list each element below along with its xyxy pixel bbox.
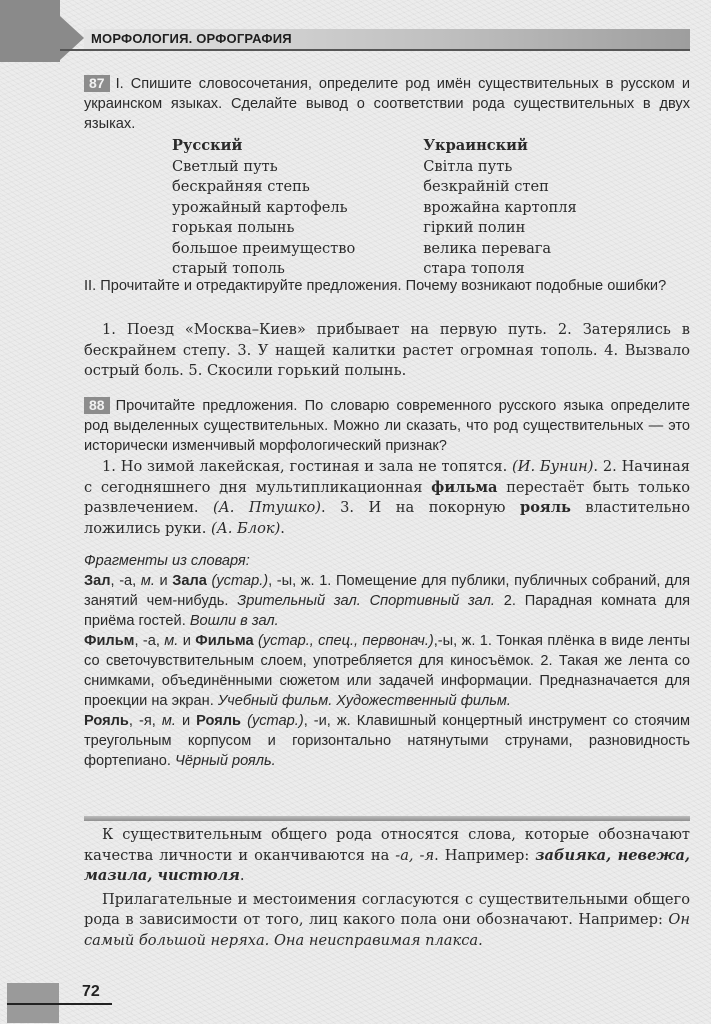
entry-text: и (178, 633, 195, 649)
sentence-text: не топятся. (413, 458, 512, 475)
table-row: Светлый путь Світла путь (172, 157, 592, 178)
column-header-russian: Русский (172, 136, 423, 157)
sentence-end: . (321, 499, 326, 516)
sentence-end: . (593, 458, 598, 475)
exercise-87-part2-block: II. Прочитайте и отредактируйте предложе… (84, 276, 690, 296)
russian-phrase: горькая полынь (172, 218, 423, 239)
usage-example: Зрительный зал. Спортивный зал. (237, 593, 495, 609)
headword: Рояль (196, 713, 241, 729)
exercise-88-instruction: Прочитайте предложения. По словарю совре… (84, 398, 690, 454)
usage-note: (устар.) (212, 573, 269, 589)
gender-mark: м. (164, 633, 178, 649)
sentence-number: 3. (340, 499, 354, 516)
dictionary-entry-royal: Рояль, -я, м. и Рояль (устар.), -и, ж. К… (84, 711, 690, 771)
table-row: урожайный картофель врожайна картопля (172, 198, 592, 219)
russian-phrase: Светлый путь (172, 157, 423, 178)
gender-mark: м. (141, 573, 155, 589)
sentence-number: 2. (603, 458, 617, 475)
entry-text: , -я, (129, 713, 162, 729)
usage-example: Чёрный рояль. (175, 753, 276, 769)
rule-text: Прилагательные и местоимения согласуются… (84, 891, 690, 929)
gender-mark: м. (162, 713, 176, 729)
ukrainian-phrase: безкрайній степ (423, 177, 592, 198)
usage-example: Учебный фильм. Художественный фильм. (218, 693, 511, 709)
exercise-88-instruction-block: 88Прочитайте предложения. По словарю сов… (84, 396, 690, 456)
russian-phrase: большое преимущество (172, 239, 423, 260)
dictionary-heading: Фрагменты из словаря: (84, 551, 690, 571)
table-row: большое преимущество велика перевага (172, 239, 592, 260)
sentence-text: И на покорную (369, 499, 520, 516)
ukrainian-phrase: врожайна картопля (423, 198, 592, 219)
rule-paragraph-2: Прилагательные и местоимения согласуются… (84, 890, 690, 952)
rule-divider (84, 816, 690, 821)
entry-text: и (176, 713, 196, 729)
rule-block: К существительным общего рода относятся … (84, 825, 690, 951)
russian-phrase: урожайный картофель (172, 198, 423, 219)
ukrainian-phrase: Світла путь (423, 157, 592, 178)
table-header-row: Русский Украинский (172, 136, 592, 157)
headword: Зал (84, 573, 111, 589)
sentence-author: (А. Птушко) (213, 499, 321, 516)
exercise-88-sentences: 1. Но зимой лакейская, гостиная и зала н… (84, 457, 690, 539)
exercise-87-instruction-block: 87I. Спишите словосочетания, определите … (84, 74, 690, 134)
sentence-number: 1. (102, 458, 116, 475)
entry-text: , -а, (111, 573, 141, 589)
exercise-87-part2-instruction: II. Прочитайте и отредактируйте предложе… (84, 276, 690, 296)
section-title: МОРФОЛОГИЯ. ОРФОГРАФИЯ (91, 31, 292, 46)
highlighted-noun: зала (379, 458, 414, 475)
rule-endings: -а, -я (395, 847, 434, 864)
usage-example: Вошли в зал. (190, 613, 279, 629)
rule-paragraph-1: К существительным общего рода относятся … (84, 825, 690, 887)
header-rule (60, 49, 690, 51)
dictionary-entry-zal: Зал, -а, м. и Зала (устар.), -ы, ж. 1. П… (84, 571, 690, 631)
headword: Зала (172, 573, 207, 589)
rule-text: . (240, 867, 245, 884)
header-tab (0, 0, 60, 62)
table-row: горькая полынь гіркий полин (172, 218, 592, 239)
dictionary-entry-film: Фильм, -а, м. и Фильма (устар., спец., п… (84, 631, 690, 711)
rule-text: . Например: (434, 847, 535, 864)
ukrainian-phrase: гіркий полин (423, 218, 592, 239)
highlighted-noun: рояль (520, 499, 571, 516)
exercise-number-badge: 87 (84, 75, 110, 92)
headword: Фильм (84, 633, 134, 649)
entry-text: , -а, (134, 633, 164, 649)
sentence-author: (А. Блок) (211, 520, 280, 537)
dictionary-block: Фрагменты из словаря: Зал, -а, м. и Зала… (84, 551, 690, 771)
exercise-number-badge: 88 (84, 397, 110, 414)
headword: Рояль (84, 713, 129, 729)
exercise-88-sentences-block: 1. Но зимой лакейская, гостиная и зала н… (84, 457, 690, 539)
sentence-text: Но зимой лакейская, гостиная и (121, 458, 379, 475)
footer-rule (7, 1003, 112, 1005)
column-header-ukrainian: Украинский (423, 136, 592, 157)
word-comparison-table: Русский Украинский Светлый путь Світла п… (172, 136, 592, 280)
russian-phrase: бескрайняя степь (172, 177, 423, 198)
table-row: бескрайняя степь безкрайній степ (172, 177, 592, 198)
entry-text: и (155, 573, 172, 589)
exercise-87-part1-instruction: I. Спишите словосочетания, определите ро… (84, 76, 690, 132)
highlighted-noun: фильма (431, 479, 497, 496)
exercise-87-sentences-block: 1. Поезд «Москва–Киев» прибывает на перв… (84, 320, 690, 382)
headword: Фильма (195, 633, 253, 649)
exercise-87-sentences: 1. Поезд «Москва–Киев» прибывает на перв… (84, 320, 690, 382)
sentence-end: . (280, 520, 285, 537)
header-arrow-icon (60, 16, 84, 60)
page-number: 72 (82, 983, 100, 1001)
sentence-author: (И. Бунин) (512, 458, 593, 475)
ukrainian-phrase: велика перевага (423, 239, 592, 260)
usage-note: (устар., спец., первонач.) (258, 633, 434, 649)
usage-note: (устар.) (247, 713, 304, 729)
